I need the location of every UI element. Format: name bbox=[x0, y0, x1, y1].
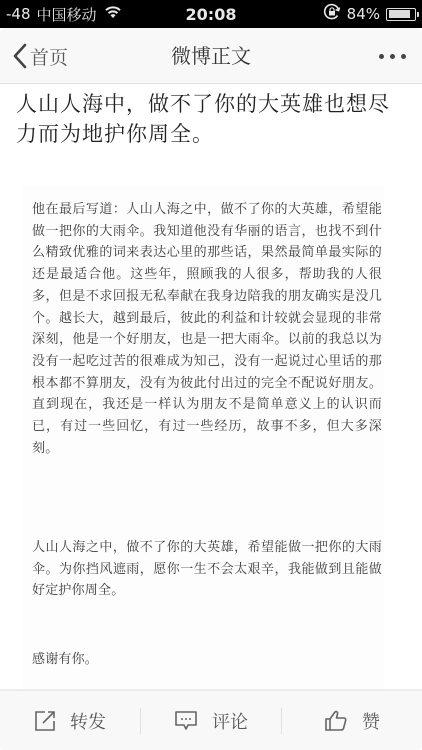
repost-button[interactable]: 转发 bbox=[0, 691, 140, 750]
like-label: 赞 bbox=[362, 708, 380, 734]
image-paragraph: 人山人海之中，做不了你的大英雄，希望能做一把你的大雨伞。为你挡风遮雨，愿你一生不… bbox=[32, 537, 382, 602]
bottom-toolbar: 转发 评论 赞 bbox=[0, 691, 422, 750]
more-dot bbox=[390, 54, 395, 59]
post-text: 人山人海中，做不了你的大英雄也想尽力而为地护你周全。 bbox=[16, 89, 408, 149]
status-bar: -48 中国移动 20:08 84% bbox=[0, 0, 422, 28]
post-image[interactable]: 他在最后写道：人山人海之中，做不了你的大英雄，希望能做一把你的大雨伞。我知道他没… bbox=[22, 185, 384, 689]
more-button[interactable] bbox=[379, 28, 406, 84]
like-button[interactable]: 赞 bbox=[282, 691, 422, 750]
battery-level bbox=[389, 10, 410, 18]
comment-button[interactable]: 评论 bbox=[141, 691, 281, 750]
repost-label: 转发 bbox=[70, 708, 106, 734]
carrier-name: 中国移动 bbox=[37, 4, 97, 25]
thumbs-up-icon bbox=[324, 709, 348, 733]
navigation-bar: 首页 微博正文 bbox=[0, 28, 422, 84]
battery-percent: 84% bbox=[347, 5, 380, 23]
status-left: -48 中国移动 bbox=[0, 4, 123, 25]
weibo-post-screen: -48 中国移动 20:08 84% bbox=[0, 0, 422, 750]
rotation-lock-icon bbox=[323, 3, 341, 25]
image-paragraph: 他在最后写道：人山人海之中，做不了你的大英雄，希望能做一把你的大雨伞。我知道他没… bbox=[32, 199, 382, 459]
comment-icon bbox=[174, 710, 198, 732]
more-dot bbox=[379, 54, 384, 59]
chevron-left-icon bbox=[12, 43, 28, 69]
wifi-icon bbox=[103, 5, 123, 23]
post-content[interactable]: 人山人海中，做不了你的大英雄也想尽力而为地护你周全。 他在最后写道：人山人海之中… bbox=[0, 85, 422, 691]
status-right: 84% bbox=[323, 0, 416, 28]
repost-icon bbox=[34, 710, 56, 732]
comment-label: 评论 bbox=[212, 708, 248, 734]
image-paragraph: 感谢有你。 bbox=[32, 649, 382, 671]
back-label: 首页 bbox=[30, 43, 68, 70]
back-button[interactable]: 首页 bbox=[12, 28, 68, 84]
signal-strength: -48 bbox=[6, 5, 31, 23]
battery-icon bbox=[386, 8, 416, 21]
more-dot bbox=[401, 54, 406, 59]
